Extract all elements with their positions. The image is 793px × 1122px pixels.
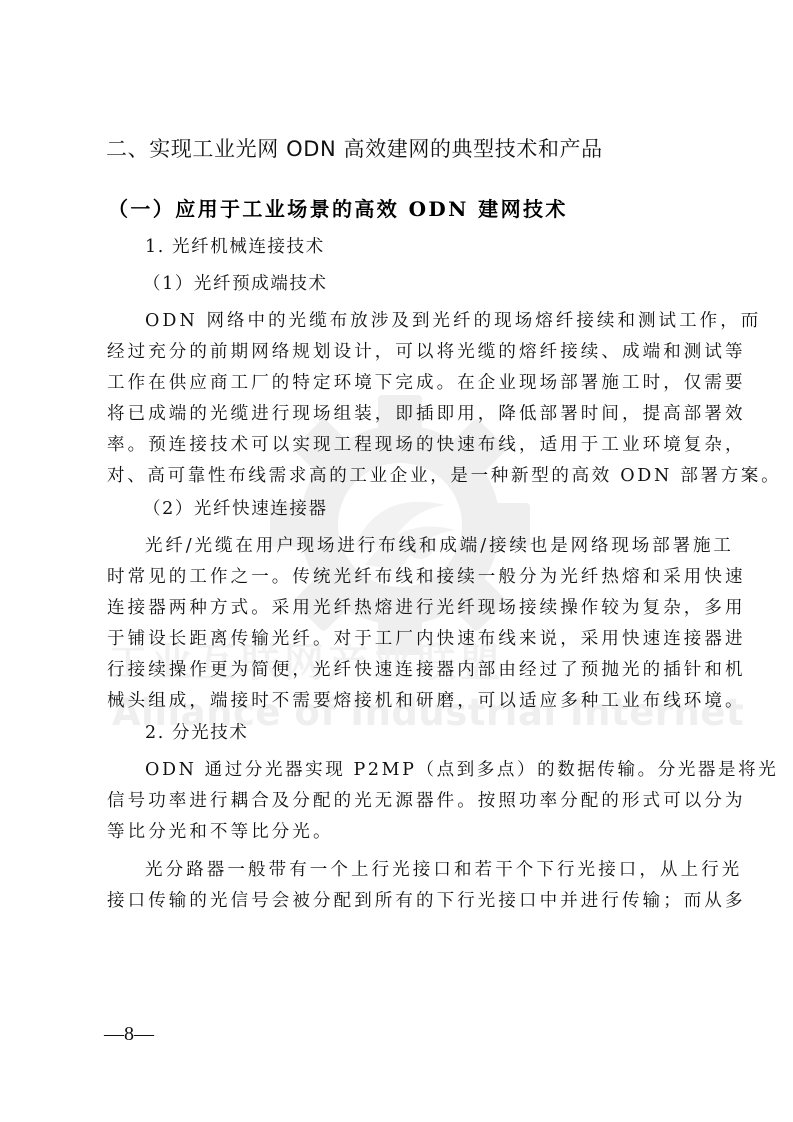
item-2-heading: 2. 分光技术	[145, 722, 248, 744]
paragraph-line: 行接续操作更为简便，光纤快速连接器内部由经过了预抛光的插针和机	[107, 659, 746, 681]
item-1-sub-2-heading: （2）光纤快速连接器	[143, 498, 328, 520]
paragraph-line: 对、高可靠性布线需求高的工业企业，是一种新型的高效 ODN 部署方案。	[107, 465, 781, 487]
paragraph-line: 于铺设长距离传输光纤。对于工厂内快速布线来说，采用快速连接器进	[107, 628, 746, 650]
page-number: —8—	[104, 1022, 154, 1046]
paragraph-line: 械头组成，端接时不需要熔接机和研磨，可以适应多种工业布线环境。	[107, 690, 746, 712]
paragraph-line: 工作在供应商工厂的特定环境下完成。在企业现场部署施工时，仅需要	[107, 372, 746, 394]
section-title: 二、实现工业光网 ODN 高效建网的典型技术和产品	[106, 136, 603, 162]
paragraph-line: 率。预连接技术可以实现工程现场的快速布线，适用于工业环境复杂，	[107, 434, 746, 456]
paragraph-line: 将已成端的光缆进行现场组装，即插即用，降低部署时间，提高部署效	[107, 403, 746, 425]
paragraph-line: 经过充分的前期网络规划设计，可以将光缆的熔纤接续、成端和测试等	[107, 341, 746, 363]
paragraph-line: 接口传输的光信号会被分配到所有的下行光接口中并进行传输；而从多	[107, 890, 746, 912]
item-1-sub-1-heading: （1）光纤预成端技术	[143, 273, 328, 295]
paragraph-line: 等比分光和不等比分光。	[107, 821, 334, 843]
paragraph-line: ODN 网络中的光缆布放涉及到光纤的现场熔纤接续和测试工作，而	[145, 310, 761, 332]
paragraph-line: ODN 通过分光器实现 P2MP（点到多点）的数据传输。分光器是将光	[145, 759, 778, 781]
item-1-heading: 1. 光纤机械连接技术	[145, 236, 325, 258]
subsection-title: （一）应用于工业场景的高效 ODN 建网技术	[108, 196, 568, 222]
paragraph-line: 光纤/光缆在用户现场进行布线和成端/接续也是网络现场部署施工	[145, 535, 734, 557]
paragraph-line: 时常见的工作之一。传统光纤布线和接续一般分为光纤热熔和采用快速	[107, 566, 746, 588]
paragraph-line: 光分路器一般带有一个上行光接口和若干个下行光接口，从上行光	[145, 859, 742, 881]
document-content: 二、实现工业光网 ODN 高效建网的典型技术和产品 （一）应用于工业场景的高效 …	[0, 0, 793, 1122]
paragraph-line: 连接器两种方式。采用光纤热熔进行光纤现场接续操作较为复杂，多用	[107, 597, 746, 619]
document-page: 工业互联网产业联盟 Alliance of Industrial Interne…	[0, 0, 793, 1122]
paragraph-line: 信号功率进行耦合及分配的光无源器件。按照功率分配的形式可以分为	[107, 790, 746, 812]
